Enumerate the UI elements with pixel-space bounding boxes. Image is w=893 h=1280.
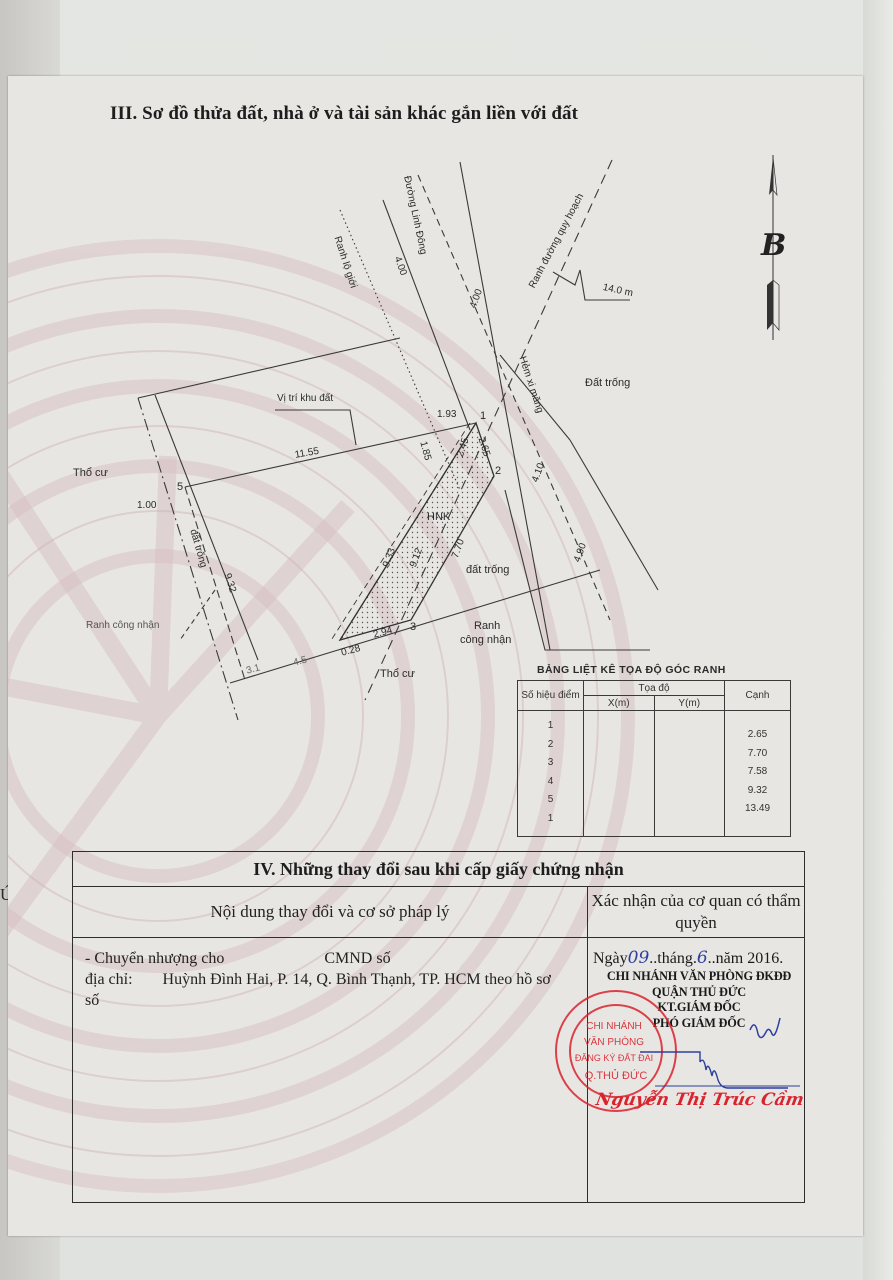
label-empty-land-e: đất trống	[466, 564, 509, 576]
id-number-label: CMND số	[324, 948, 390, 969]
header-edge: Cạnh	[725, 681, 791, 711]
column-header-content: Nội dung thay đổi và cơ sở pháp lý	[73, 887, 587, 937]
month-value: 6	[697, 948, 708, 968]
header-point-id: Số hiệu điểm	[518, 681, 584, 711]
header-x: X(m)	[584, 696, 655, 711]
confirmation-date: Ngày09..tháng.6..năm 2016.	[593, 948, 805, 969]
table-cell: 3	[518, 754, 583, 773]
label-parcel-type: HNK	[427, 511, 450, 523]
day-label: Ngày	[593, 950, 628, 967]
changes-header-row: Nội dung thay đổi và cơ sở pháp lý Xác n…	[73, 887, 804, 938]
x-column	[584, 711, 655, 837]
signer-name: Nguyễn Thị Trúc Cầm	[594, 1090, 805, 1110]
table-cell: 7.70	[725, 745, 790, 764]
month-label: tháng	[657, 950, 693, 967]
label-recognized-boundary-w: Ranh công nhận	[86, 620, 159, 631]
table-cell: 2	[518, 736, 583, 755]
table-cell: 4	[518, 773, 583, 792]
label-site-location: Vị trí khu đất	[277, 393, 333, 404]
address-value: Huỳnh Đình Hai, P. 14, Q. Bình Thạnh, TP…	[163, 971, 551, 988]
table-cell: 9.32	[725, 782, 790, 801]
day-value: 09	[628, 948, 650, 968]
point-id-column: 1 2 3 4 5 1	[518, 717, 583, 828]
signature-icon	[600, 1010, 800, 1100]
label-residential-w: Thổ cư	[73, 467, 108, 479]
header-coords: Tọa độ	[584, 681, 725, 696]
file-number-label: số	[85, 990, 585, 1011]
table-cell: 5	[518, 791, 583, 810]
point-2: 2	[495, 465, 501, 477]
y-column	[654, 711, 725, 837]
label-empty-land-ne: Đất trống	[585, 377, 630, 389]
table-cell: 1	[518, 717, 583, 736]
label-residential-s: Thổ cư	[380, 668, 415, 680]
table-cell: 13.49	[725, 800, 790, 819]
section-4-title: IV. Những thay đổi sau khi cấp giấy chứn…	[73, 852, 804, 887]
table-cell: 2.65	[725, 726, 790, 745]
change-entry: - Chuyển nhượng cho CMND số địa chỉ: Huỳ…	[85, 948, 585, 1011]
transfer-text: - Chuyển nhượng cho	[85, 948, 224, 969]
address-label: địa chỉ:	[85, 971, 133, 988]
coordinate-table: Số hiệu điểm Tọa độ Cạnh X(m) Y(m) 1 2 3…	[517, 680, 791, 837]
table-cell: 7.58	[725, 763, 790, 782]
column-header-authority: Xác nhận của cơ quan có thẩm quyền	[588, 890, 804, 934]
office-name-1: CHI NHÁNH VĂN PHÒNG ĐKĐĐ	[593, 969, 805, 985]
coord-table-title: BẢNG LIỆT KÊ TỌA ĐỘ GÓC RANH	[537, 664, 726, 676]
dim-left-offset: 1.00	[137, 500, 156, 511]
dim-north-short: 1.93	[437, 409, 456, 420]
year-text: năm 2016.	[716, 950, 784, 967]
table-cell: 1	[518, 810, 583, 829]
label-recognized-boundary-e-2: công nhận	[460, 634, 511, 646]
point-1: 1	[480, 410, 486, 422]
header-y: Y(m)	[654, 696, 725, 711]
edge-column: 2.65 7.70 7.58 9.32 13.49	[725, 726, 790, 819]
label-recognized-boundary-e-1: Ranh	[474, 620, 500, 632]
point-3: 3	[410, 621, 416, 633]
point-5: 5	[177, 481, 183, 493]
